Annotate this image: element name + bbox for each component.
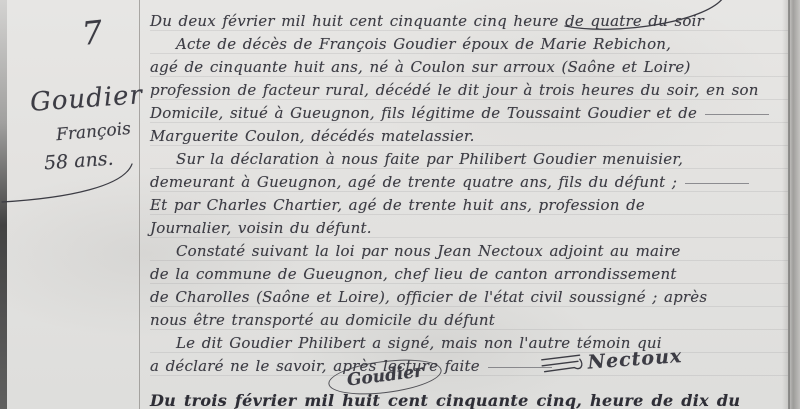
text-line: Domicile, situé à Gueugnon, fils légitim… — [150, 102, 788, 125]
margin-surname: Goudier — [29, 80, 144, 118]
text-line: a déclaré ne le savoir, après lecture fa… — [150, 355, 788, 378]
text-line: de Charolles (Saône et Loire), officier … — [150, 286, 788, 309]
register-page: 7 Goudier François 58 ans. Du deux févri… — [0, 0, 800, 409]
text-line: Du deux février mil huit cent cinquante … — [150, 10, 788, 33]
text-line: de la commune de Gueugnon, chef lieu de … — [150, 263, 788, 286]
act-number: 7 — [80, 13, 104, 53]
margin-first-name: François — [55, 119, 131, 145]
signature-flourish — [539, 351, 586, 376]
right-fold-line — [788, 0, 790, 409]
text-line: profession de facteur rural, décédé le d… — [150, 79, 788, 102]
text-line: Constaté suivant la loi par nous Jean Ne… — [150, 240, 788, 263]
text-line: Et par Charles Chartier, agé de trente h… — [150, 194, 788, 217]
next-entry-partial-line: Du trois février mil huit cent cinquante… — [150, 391, 790, 409]
text-line: Journalier, voisin du défunt. — [150, 217, 788, 240]
signature-goudier-name: Goudier — [346, 361, 424, 390]
text-line: Acte de décès de François Goudier époux … — [150, 33, 788, 56]
text-line: Sur la déclaration à nous faite par Phil… — [150, 148, 788, 171]
flourish-margin-underline — [0, 158, 140, 213]
act-body: Du deux février mil huit cent cinquante … — [150, 10, 788, 378]
text-line: nous être transporté au domicile du défu… — [150, 309, 788, 332]
text-line: Marguerite Coulon, décédés matelassier. — [150, 125, 788, 148]
text-line: agé de cinquante huit ans, né à Coulon s… — [150, 56, 788, 79]
text-line: demeurant à Gueugnon, agé de trente quat… — [150, 171, 788, 194]
text-line: Le dit Goudier Philibert a signé, mais n… — [150, 332, 788, 355]
